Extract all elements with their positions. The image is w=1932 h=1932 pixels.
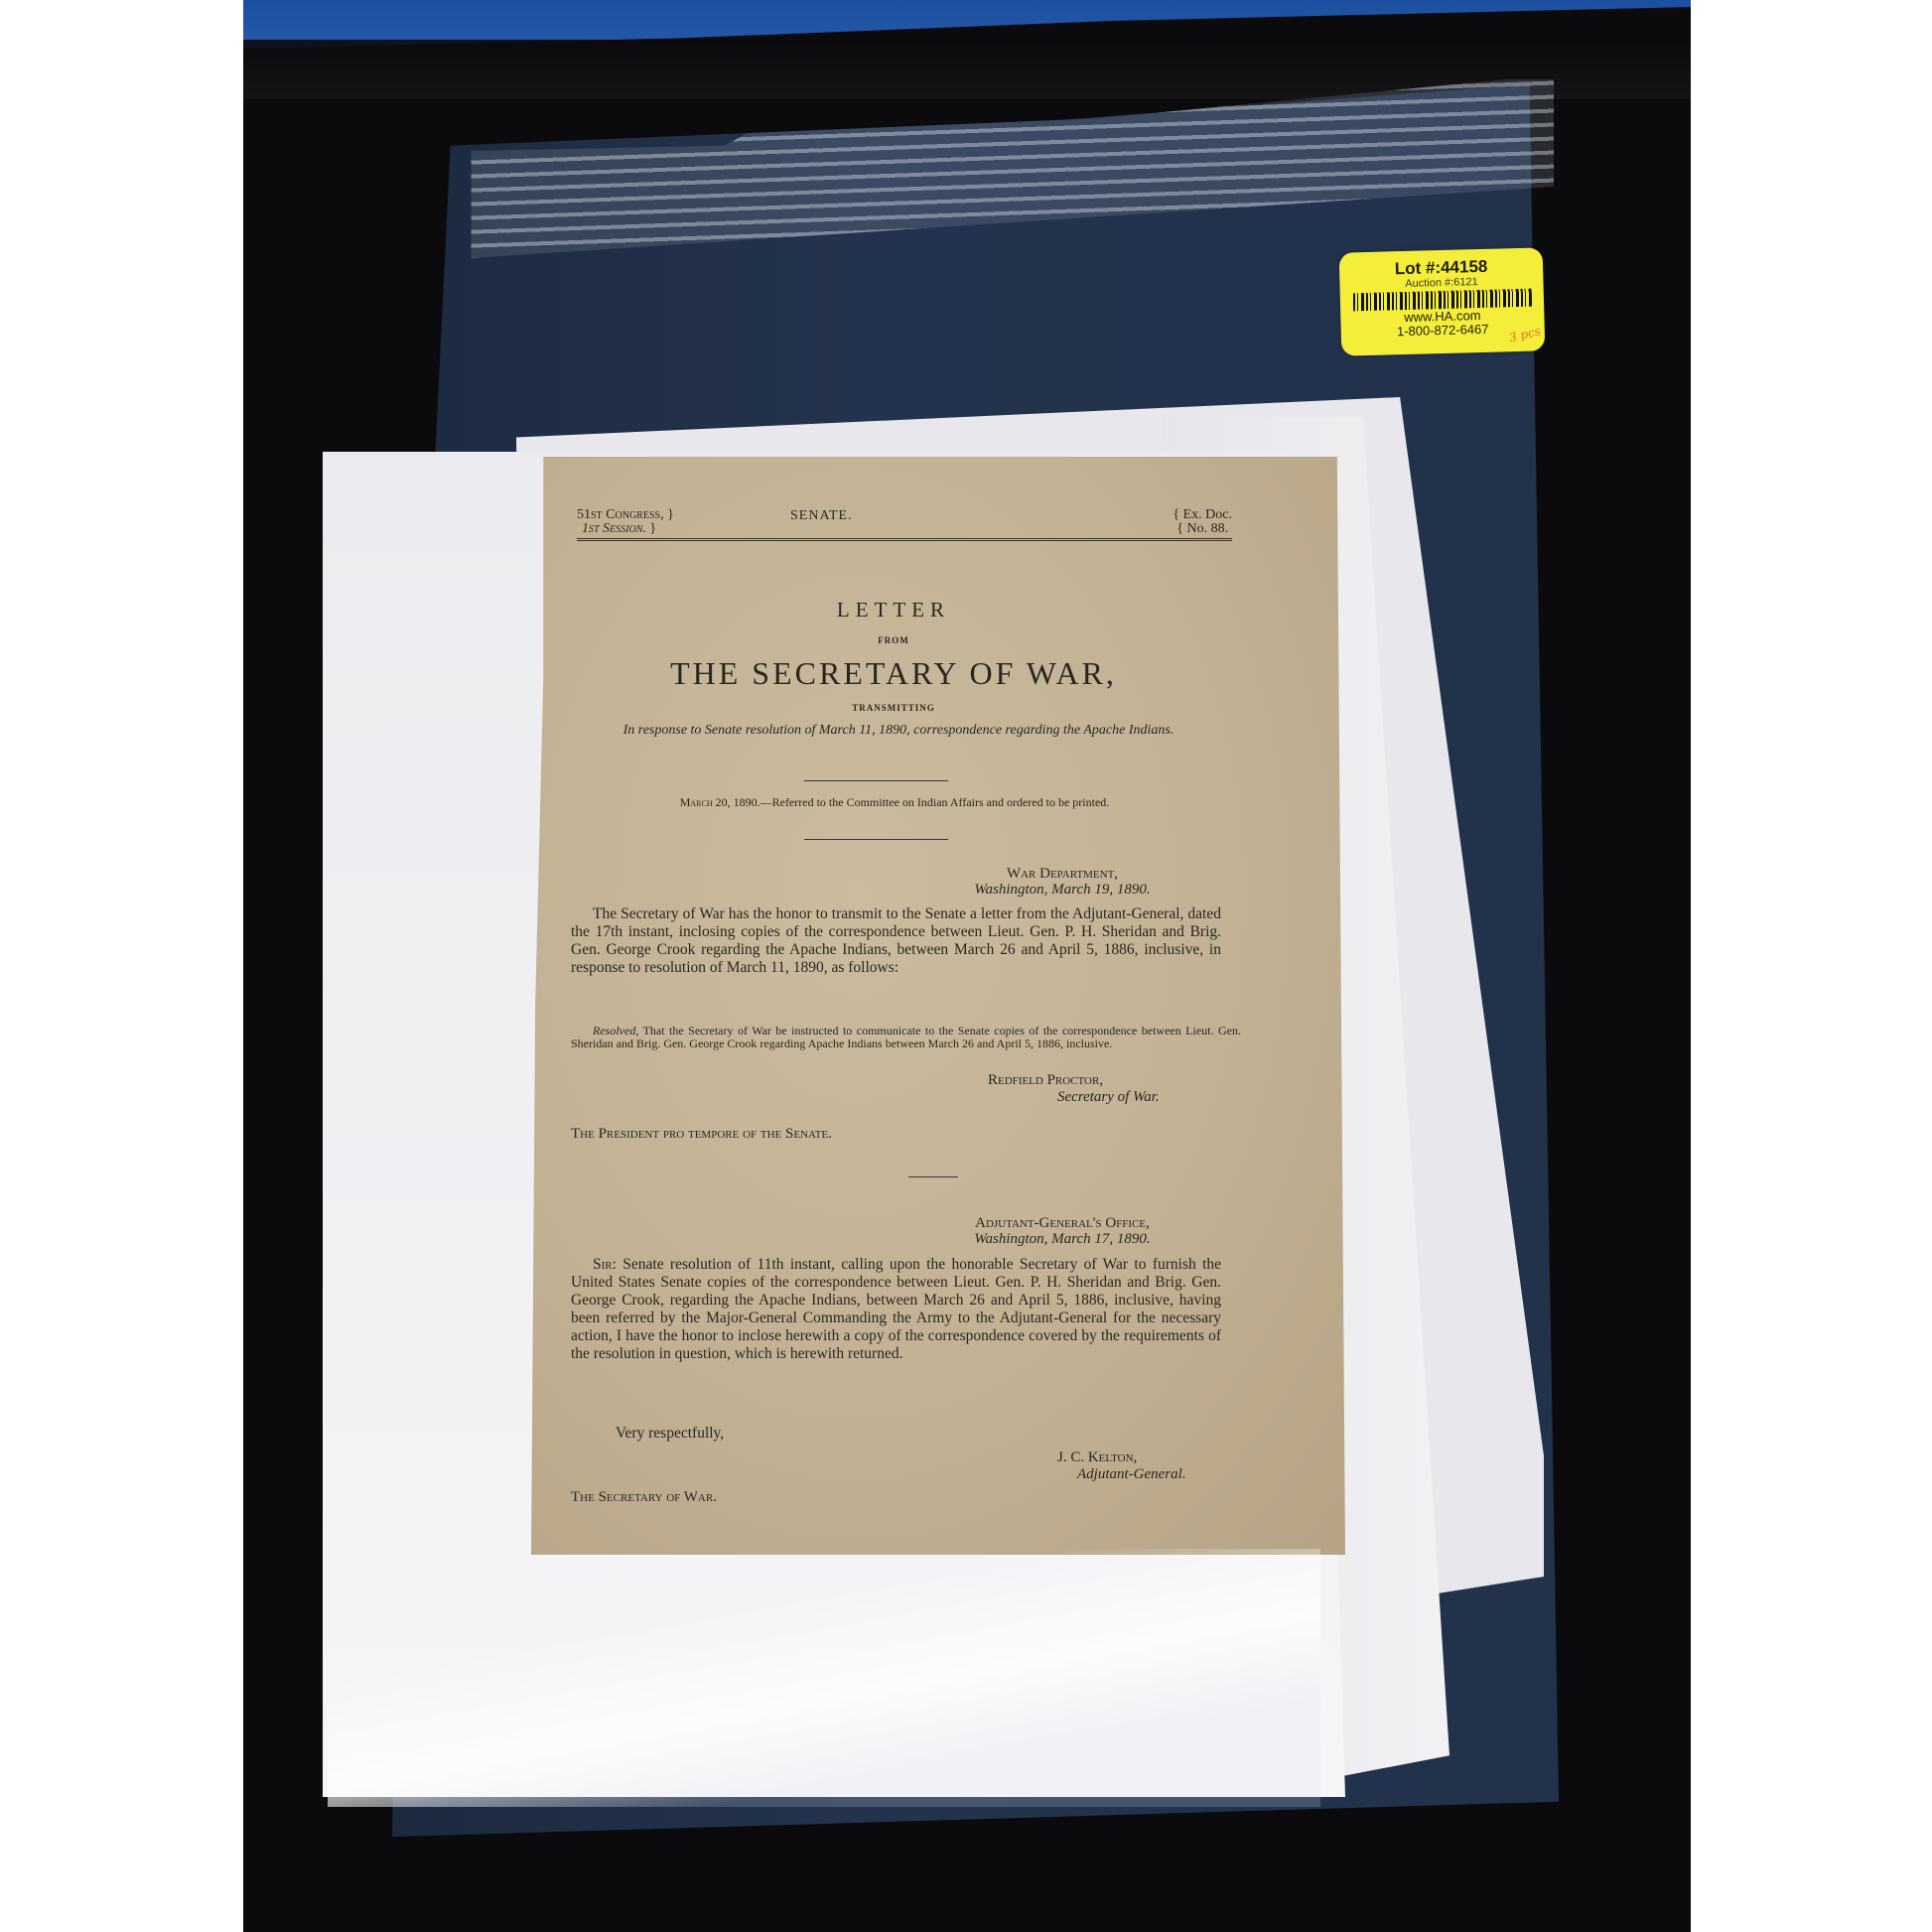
session: 1st Session. — [577, 521, 646, 536]
office: War Department, — [908, 866, 1216, 882]
doc-number-block: { Ex. Doc. { No. 88. — [1173, 508, 1232, 536]
divider — [908, 1176, 958, 1177]
office: Adjutant-General's Office, — [908, 1215, 1216, 1231]
header-rule — [577, 538, 1232, 541]
signer-title: Secretary of War. — [988, 1089, 1160, 1106]
second-addressee: The Secretary of War. — [571, 1489, 717, 1506]
first-letter-heading: War Department, Washington, March 19, 18… — [908, 866, 1216, 897]
divider — [804, 839, 948, 840]
title-from: FROM — [531, 635, 1256, 645]
auction-lot-sticker: Lot #:44158 Auction #:6121 www.HA.com 1-… — [1339, 247, 1546, 355]
referral: March 20, 1890.—Referred to the Committe… — [577, 796, 1212, 809]
title-secretary: THE SECRETARY OF WAR, — [531, 655, 1256, 692]
first-letter-body: The Secretary of War has the honor to tr… — [571, 905, 1221, 977]
title-letter: LETTER — [531, 598, 1256, 622]
document-header: 51st Congress, } 1st Session. } SENATE. … — [577, 508, 1232, 546]
salutation: Sir: — [593, 1256, 617, 1273]
second-letter-body: Sir: Senate resolution of 11th instant, … — [571, 1256, 1221, 1363]
signer: Redfield Proctor, — [988, 1072, 1103, 1088]
congress-session: 51st Congress, } 1st Session. } — [577, 508, 674, 536]
signer-title: Adjutant-General. — [1057, 1466, 1186, 1483]
plastic-reflection — [328, 1549, 1320, 1807]
second-body-text: Senate resolution of 11th instant, calli… — [571, 1256, 1221, 1362]
second-letter-heading: Adjutant-General's Office, Washington, M… — [908, 1215, 1216, 1247]
subject: In response to Senate resolution of Marc… — [571, 723, 1226, 738]
referral-text: —Referred to the Committee on Indian Aff… — [760, 795, 1110, 809]
title-transmitting: TRANSMITTING — [531, 703, 1256, 713]
resolved-word: Resolved, — [593, 1024, 638, 1037]
second-signature: J. C. Kelton, Adjutant-General. — [1057, 1449, 1186, 1483]
signer: J. C. Kelton, — [1057, 1449, 1137, 1465]
place-date: Washington, March 19, 1890. — [908, 882, 1216, 897]
resolution: Resolved, That the Secretary of War be i… — [571, 1025, 1241, 1050]
doc-type: Ex. Doc. — [1183, 507, 1232, 522]
chamber: SENATE. — [790, 508, 853, 524]
doc-number: No. 88. — [1186, 521, 1228, 536]
place-date: Washington, March 17, 1890. — [908, 1231, 1216, 1247]
senate-document: 51st Congress, } 1st Session. } SENATE. … — [531, 457, 1345, 1555]
referral-date: March 20, 1890. — [680, 795, 760, 809]
closing: Very respectfully, — [571, 1425, 1221, 1443]
congress: 51st Congress, — [577, 507, 664, 522]
resolved-text: That the Secretary of War be instructed … — [571, 1024, 1241, 1050]
first-addressee: The President pro tempore of the Senate. — [571, 1126, 832, 1143]
divider — [804, 780, 948, 781]
first-signature: Redfield Proctor, Secretary of War. — [988, 1072, 1160, 1106]
